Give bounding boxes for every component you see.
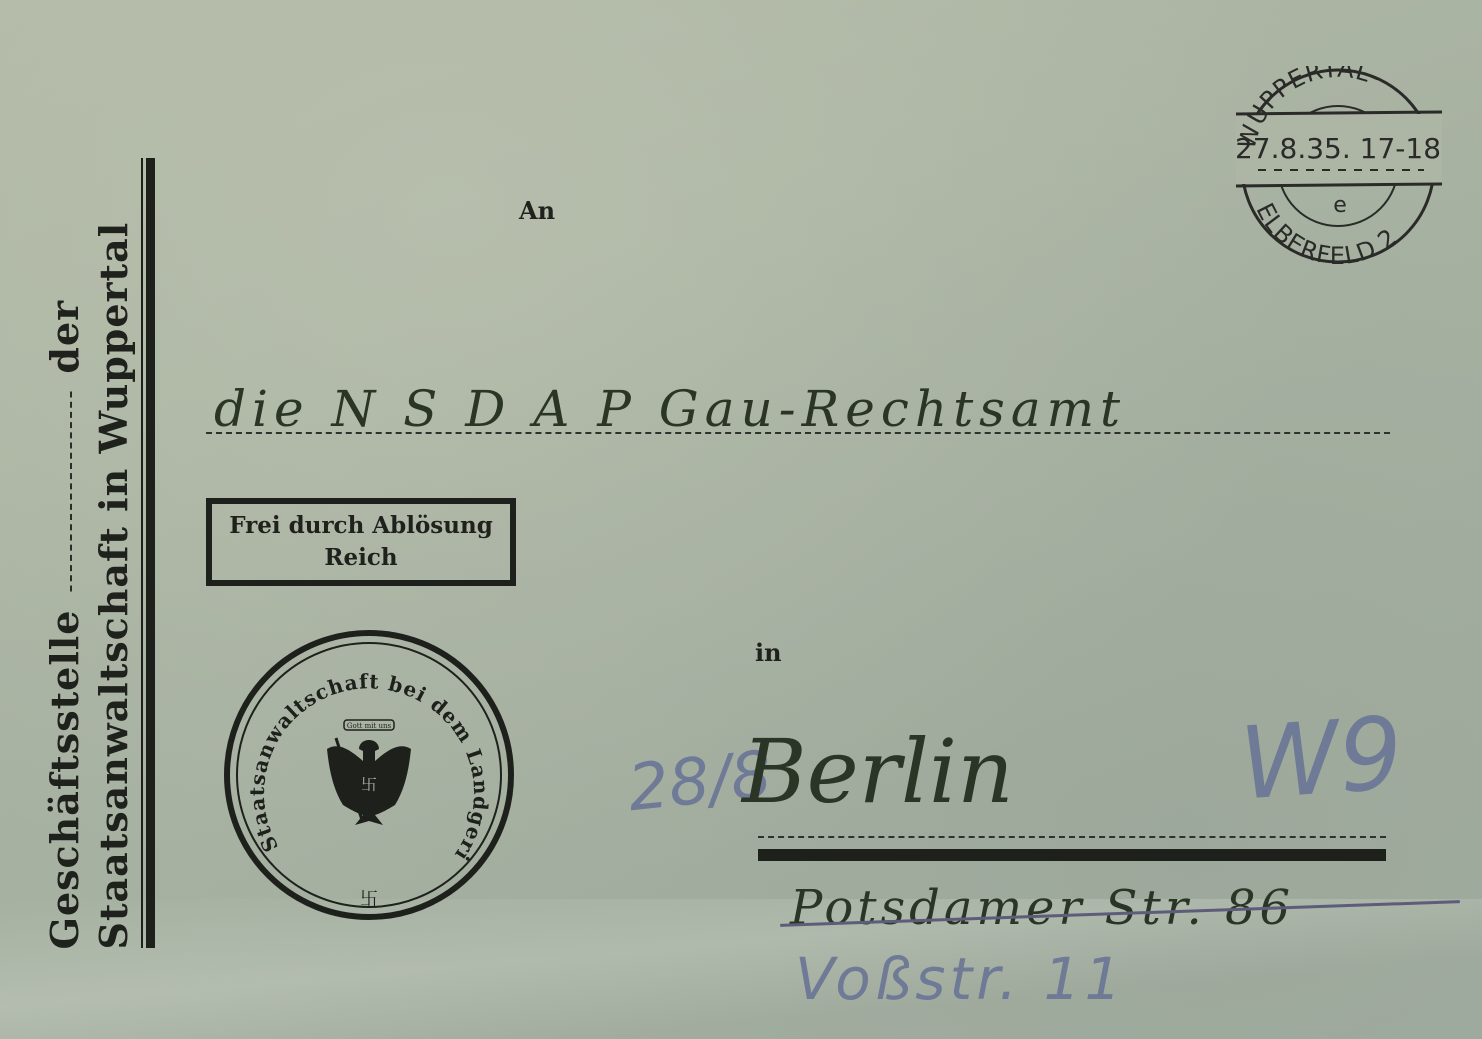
franking-box: Frei durch Ablösung Reich [206,498,516,586]
postmark-letter: e [1333,193,1347,218]
sender-authority: Staatsanwaltschaft in Wuppertal [91,155,141,950]
address-to-label: An [519,196,555,225]
svg-text:Staatsanwaltschaft bei dem Lan: Staatsanwaltschaft bei dem Landgericht W… [224,630,493,866]
address-in-label: in [755,638,782,667]
sender-dotted-line [70,392,72,592]
franking-line2: Reich [212,542,510,574]
sender-divider-bar [146,158,155,948]
seal-motto: Gott mit uns [347,722,392,730]
recipient-handwriting: die N S D A P Gau-Rechtsamt [214,380,1126,438]
city-dotted-line [758,836,1386,838]
postmark-date: 27.8.35. 17-18 [1235,132,1441,165]
sender-der: der [42,300,87,374]
postmark: WUPPERTAL- 27.8.35. 17-18 e ELBERFELD 2 [1224,66,1452,266]
swastika-icon: 卐 [360,889,378,910]
svg-text:卐: 卐 [361,775,377,794]
official-seal: Staatsanwaltschaft bei dem Landgericht W… [224,630,514,920]
seal-graphic: Staatsanwaltschaft bei dem Landgericht W… [224,630,514,920]
city-underline-bar [758,849,1386,861]
seal-ring-text: Staatsanwaltschaft bei dem Landgericht W… [224,630,493,866]
street-pencil-correction: Voßstr. 11 [795,945,1125,1013]
franking-line1: Frei durch Ablösung [212,510,510,542]
eagle-icon: Gott mit uns 卐 [327,720,411,825]
recipient-dotted-line [206,432,1390,434]
sender-office: Geschäftsstelle [42,610,87,950]
pencil-district: W9 [1236,694,1406,822]
city-handwriting: Berlin [742,720,1014,823]
envelope: Geschäftsstelle der Staatsanwaltschaft i… [0,0,1482,1039]
